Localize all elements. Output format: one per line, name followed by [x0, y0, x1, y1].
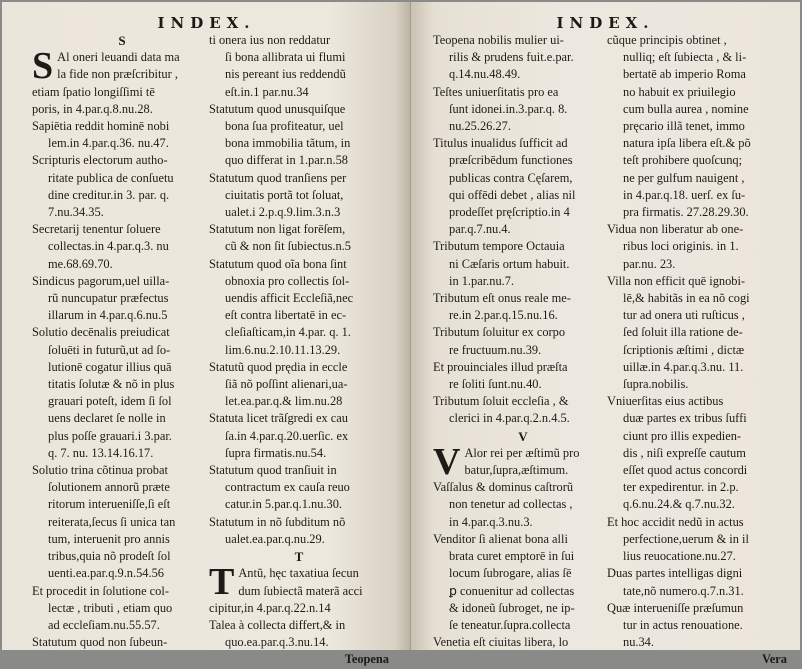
entry-line: illarum in 4.par.q.6.nu.5 [32, 307, 212, 324]
entry-dropcap-v: V Alor rei per æſtimũ probatur,ſupra,æſt… [433, 445, 613, 479]
entry-line: 7.nu.34.35. [32, 204, 212, 221]
index-entry: Villa non efficit quē ignobi-lē,& habitã… [607, 273, 787, 393]
entry-line: poris, in 4.par.q.8.nu.28. [32, 101, 212, 118]
entry-line: nu.25.26.27. [433, 118, 613, 135]
entry-line: Tributum ſoluitur ex corpo [433, 324, 613, 341]
entry-line: quo.ea.par.q.3.nu.14. [209, 634, 389, 651]
index-entry: Statutum non ligat forēſem,cũ & non ſit … [209, 221, 389, 255]
right-col-2: cũque principis obtinet ,nulliq; eſt ſub… [607, 32, 787, 654]
index-entry: Titulus inualidus ſufficit adpræſcribēdu… [433, 135, 613, 238]
entry-line: ad eccleſiam.nu.55.57. [32, 617, 212, 634]
entry-line: in 1.par.nu.7. [433, 273, 613, 290]
entry-dropcap-s: S Al oneri leuandi data mala fide non pr… [32, 49, 212, 118]
entry-line: let.ea.par.q.& lim.nu.28 [209, 393, 389, 410]
entry-line: Teopena nobilis mulier ui- [433, 32, 613, 49]
entry-line: prodeſſet pręſcriptio.in 4 [433, 204, 613, 221]
entry-line: Statutũ quod prędia in eccle [209, 359, 389, 376]
entry-line: ter expedirentur. in 2.p. [607, 479, 787, 496]
index-entry: Tributum tempore Octauiani Cæſaris ortum… [433, 238, 613, 290]
entry-line: nulliq; eſt ſubiecta , & li- [607, 49, 787, 66]
index-entry: Solutio trina cõtinua probatſolutionem a… [32, 462, 212, 582]
index-entry: Duas partes intelligas dignitate,nõ nume… [607, 565, 787, 599]
right-page: INDEX. Teopena nobilis mulier ui-rilis &… [411, 2, 800, 650]
index-entry: Statutum quod tranſiens perciuitatis por… [209, 170, 389, 222]
entry-line: Villa non efficit quē ignobi- [607, 273, 787, 290]
entry-line: Talea à collecta differt,& in [209, 617, 389, 634]
index-entry: Venditor ſi alienat bona allibrata curet… [433, 531, 613, 634]
entry-line: me.68.69.70. [32, 256, 212, 273]
left-col-2: ti onera ius non reddaturſi bona allibra… [209, 32, 389, 654]
entry-line: duæ partes ex tribus ſuffi [607, 410, 787, 427]
entry-line: contractum ex cauſa reuo [209, 479, 389, 496]
entry-line: pra firmatis. 27.28.29.30. [607, 204, 787, 221]
entry-line: brata curet emptorē in ſui [433, 548, 613, 565]
entry-line: re ſoliti ſunt.nu.40. [433, 376, 613, 393]
entry-line: locum ſubrogare, alias ſē [433, 565, 613, 582]
entry-line: Duas partes intelligas digni [607, 565, 787, 582]
entry-line: ni Cæſaris ortum habuit. [433, 256, 613, 273]
entry-line: ritorum interueniſſe,ſi eſt [32, 496, 212, 513]
entry-line: Statuta licet trãſgredi ex cau [209, 410, 389, 427]
entry-line: bona ſua profiteatur, uel [209, 118, 389, 135]
entry-line: bertatē ab imperio Roma [607, 66, 787, 83]
entry-line: ti onera ius non reddatur [209, 32, 389, 49]
index-entry: Et prouinciales illud præſtare ſoliti ſu… [433, 359, 613, 393]
entry-line: nis pereant ius reddendũ [209, 66, 389, 83]
entry-line: dum ſubiectã materã acci [209, 583, 389, 600]
entry-line: clerici in 4.par.q.2.n.4.5. [433, 410, 613, 427]
entry-line: cum bulla aurea , nomine [607, 101, 787, 118]
entry-line: in 4.par.q.18. uerſ. ex ſu- [607, 187, 787, 204]
entry-line: Statutum quod tranſiens per [209, 170, 389, 187]
entry-line: eſt contra libertatē in ec- [209, 307, 389, 324]
entry-line: cipitur,in 4.par.q.22.n.14 [209, 600, 389, 617]
entry-line: cleſiaſticam,in 4.par. q. 1. [209, 324, 389, 341]
entry-line: re.in 2.par.q.15.nu.16. [433, 307, 613, 324]
entry-line: grauari poteſt, idem ſi ſol [32, 393, 212, 410]
index-entry: Tributum ſoluitur ex corpore fructuum.nu… [433, 324, 613, 358]
index-entry: Vaſſalus & dominus caſtrorũnon tenetur a… [433, 479, 613, 531]
entry-line: Antũ, hęc taxatiua ſecun [209, 565, 389, 582]
dropcap-t: T [209, 567, 234, 597]
entry-line: reiterata,ſecus ſi unica tan [32, 514, 212, 531]
entry-line: ſunt idonei.in.3.par.q. 8. [433, 101, 613, 118]
entry-line: tum, interuenit pro annis [32, 531, 212, 548]
entry-dropcap-t: T Antũ, hęc taxatiua ſecundum ſubiectã m… [209, 565, 389, 617]
entry-line: lem.in 4.par.q.36. nu.47. [32, 135, 212, 152]
entry-line: uens declaret ſe nolle in [32, 410, 212, 427]
section-letter-v: V [433, 428, 613, 445]
entry-line: rilis & prudens fuit.e.par. [433, 49, 613, 66]
entry-line: titatis ſolutæ & nõ in plus [32, 376, 212, 393]
entry-line: cũ & non ſit ſubiectus.n.5 [209, 238, 389, 255]
entry-line: q. 7. nu. 13.14.16.17. [32, 445, 212, 462]
index-entry: Sapiētia reddit hominē nobilem.in 4.par.… [32, 118, 212, 152]
entry-line: Vidua non liberatur ab one- [607, 221, 787, 238]
entry-line: cũque principis obtinet , [607, 32, 787, 49]
entry-line: nu.34. [607, 634, 787, 651]
running-head-right: INDEX. [411, 14, 800, 32]
entry-line: Vniuerſitas eius actibus [607, 393, 787, 410]
entry-line: lius reuocatione.nu.27. [607, 548, 787, 565]
entry-line: ſoluēti in futurũ,ut ad ſo- [32, 342, 212, 359]
entry-line: Secretarij tenentur ſoluere [32, 221, 212, 238]
entry-line: lē,& habitãs in ea nõ cogi [607, 290, 787, 307]
entry-line: Al oneri leuandi data ma [32, 49, 212, 66]
entry-line: tate,nõ numero.q.7.n.31. [607, 583, 787, 600]
entry-line: Solutio decēnalis preiudicat [32, 324, 212, 341]
entry-line: ſiã nõ poſſint alienari,ua- [209, 376, 389, 393]
entry-line: Statutum quod unusquiſque [209, 101, 389, 118]
index-entry: ti onera ius non reddaturſi bona allibra… [209, 32, 389, 101]
right-col-1: Teopena nobilis mulier ui-rilis & pruden… [433, 32, 613, 651]
index-entry: Secretarij tenentur ſoluerecollectas.in … [32, 221, 212, 273]
index-entry: Venetia eſt ciuitas libera, lo [433, 634, 613, 651]
entry-line: ſolutionem annorũ præte [32, 479, 212, 496]
entry-line: ualet.i 2.p.q.9.lim.3.n.3 [209, 204, 389, 221]
entry-line: collectas.in 4.par.q.3. nu [32, 238, 212, 255]
entry-line: ſupra.nobilis. [607, 376, 787, 393]
entry-line: par.nu. 23. [607, 256, 787, 273]
index-entry: Tributum eſt onus reale me-re.in 2.par.q… [433, 290, 613, 324]
entry-line: Et hoc accidit nedũ in actus [607, 514, 787, 531]
index-entry: Solutio decēnalis preiudicatſoluēti in f… [32, 324, 212, 462]
entry-line: eſt.in.1 par.nu.34 [209, 84, 389, 101]
entry-line: ſe teneatur.ſupra.collecta [433, 617, 613, 634]
index-entry: Talea à collecta differt,& inquo.ea.par.… [209, 617, 389, 651]
entry-line: perfectione,uerum & in il [607, 531, 787, 548]
entry-line: Vaſſalus & dominus caſtrorũ [433, 479, 613, 496]
entry-line: bona immobilia tãtum, in [209, 135, 389, 152]
index-entry: Statutum in nõ ſubditum nõualet.ea.par.q… [209, 514, 389, 548]
entry-line: Tributum ſoluit eccleſia , & [433, 393, 613, 410]
entry-line: no habuit ex priuilegio [607, 84, 787, 101]
left-col-1: S S Al oneri leuandi data mala fide non … [32, 32, 212, 651]
entry-line: ritate publica de conſuetu [32, 170, 212, 187]
entry-line: tur in actus renouatione. [607, 617, 787, 634]
dropcap-v: V [433, 447, 460, 477]
entry-line: catur.in 5.par.q.1.nu.30. [209, 496, 389, 513]
entry-line: obnoxia pro collectis ſol- [209, 273, 389, 290]
left-page: INDEX. S S Al oneri leuandi data mala fi… [2, 2, 411, 650]
entry-line: la fide non præſcribitur , [32, 66, 212, 83]
section-letter-t: T [209, 548, 389, 565]
entry-line: pręcario illã tenet, immo [607, 118, 787, 135]
entry-line: publicas contra Cęſarem, [433, 170, 613, 187]
entry-line: Et procedit in ſolutione col- [32, 583, 212, 600]
entry-line: natura ipſa libera eſt.& põ [607, 135, 787, 152]
entry-line: lutionē cogatur illius quā [32, 359, 212, 376]
entry-line: ſupra firmatis.nu.54. [209, 445, 389, 462]
entry-line: Venetia eſt ciuitas libera, lo [433, 634, 613, 651]
running-head-left: INDEX. [2, 14, 411, 32]
entry-line: non tenetur ad collectas , [433, 496, 613, 513]
index-entry: Statutũ quod prędia in eccleſiã nõ poſſi… [209, 359, 389, 411]
entry-line: ſed ſoluit illa ratione de- [607, 324, 787, 341]
entry-line: quo differat in 1.par.n.58 [209, 152, 389, 169]
index-entry: Scripturis electorum autho-ritate public… [32, 152, 212, 221]
entry-line: uendis afficit Eccleſiã,nec [209, 290, 389, 307]
entry-line: Tributum eſt onus reale me- [433, 290, 613, 307]
entry-line: ciunt pro illis expedien- [607, 428, 787, 445]
index-entry: Teopena nobilis mulier ui-rilis & pruden… [433, 32, 613, 84]
book-spread: INDEX. S S Al oneri leuandi data mala fi… [2, 2, 800, 650]
entry-line: Statutum quod non ſubeun- [32, 634, 212, 651]
entry-line: qui offēdi debet , alias nil [433, 187, 613, 204]
entry-line: Statutum in nõ ſubditum nõ [209, 514, 389, 531]
index-entry: Et procedit in ſolutione col-lectæ , tri… [32, 583, 212, 635]
section-letter-s: S [32, 32, 212, 49]
entry-line: præſcribēdum functiones [433, 152, 613, 169]
entry-line: par.q.7.nu.4. [433, 221, 613, 238]
index-entry: Vniuerſitas eius actibusduæ partes ex tr… [607, 393, 787, 513]
entry-line: Sapiētia reddit hominē nobi [32, 118, 212, 135]
index-entry: Statuta licet trãſgredi ex cauſa.in 4.pa… [209, 410, 389, 462]
entry-line: etiam ſpatio longiſſimi tē [32, 84, 212, 101]
entry-line: Statutum quod tranſiuit in [209, 462, 389, 479]
index-entry: Teſtes uniuerſitatis pro eaſunt idonei.i… [433, 84, 613, 136]
index-entry: Statutum quod tranſiuit incontractum ex … [209, 462, 389, 514]
entry-line: q.6.nu.24.& q.7.nu.32. [607, 496, 787, 513]
entry-line: Statutum non ligat forēſem, [209, 221, 389, 238]
entry-line: ualet.ea.par.q.nu.29. [209, 531, 389, 548]
entry-line: Solutio trina cõtinua probat [32, 462, 212, 479]
entry-line: ſcriptionis æſtimi , dictæ [607, 342, 787, 359]
entry-line: Et prouinciales illud præſta [433, 359, 613, 376]
entry-line: ꝑ conuenitur ad collectas [433, 583, 613, 600]
entry-line: Statutum quod oĩa bona ſint [209, 256, 389, 273]
entry-line: dine creditur.in 3. par. q. [32, 187, 212, 204]
entry-line: Sindicus pagorum,uel uilla- [32, 273, 212, 290]
dropcap-s: S [32, 51, 53, 81]
entry-line: Venditor ſi alienat bona alli [433, 531, 613, 548]
index-entry: Tributum ſoluit eccleſia , &clerici in 4… [433, 393, 613, 427]
entry-line: lim.6.nu.2.10.11.13.29. [209, 342, 389, 359]
entry-line: uillæ.in 4.par.q.3.nu. 11. [607, 359, 787, 376]
entry-line: tribus,quia nõ prodeſt ſol [32, 548, 212, 565]
entry-line: ciuitatis portã tot ſoluat, [209, 187, 389, 204]
entry-line: in 4.par.q.3.nu.3. [433, 514, 613, 531]
entry-line: eſſet quod actus concordi [607, 462, 787, 479]
entry-line: Scripturis electorum autho- [32, 152, 212, 169]
index-entry: Statutum quod unusquiſquebona ſua profit… [209, 101, 389, 170]
entry-line: Titulus inualidus ſufficit ad [433, 135, 613, 152]
index-entry: Et hoc accidit nedũ in actusperfectione,… [607, 514, 787, 566]
index-entry: cũque principis obtinet ,nulliq; eſt ſub… [607, 32, 787, 221]
entry-line: re fructuum.nu.39. [433, 342, 613, 359]
index-entry: Quæ interueniſſe præſumuntur in actus re… [607, 600, 787, 652]
index-entry: Statutum quod non ſubeun- [32, 634, 212, 651]
entry-line: teſt prohibere quoſcunq; [607, 152, 787, 169]
entry-line: ſa.in 4.par.q.20.uerſic. ex [209, 428, 389, 445]
index-entry: Sindicus pagorum,uel uilla-rũ nuncupatur… [32, 273, 212, 325]
index-entry: Statutum quod oĩa bona ſintobnoxia pro c… [209, 256, 389, 359]
entry-line: rũ nuncupatur præfectus [32, 290, 212, 307]
entry-line: plus poſſe grauari.i 3.par. [32, 428, 212, 445]
entry-line: q.14.nu.48.49. [433, 66, 613, 83]
entry-line: Teſtes uniuerſitatis pro ea [433, 84, 613, 101]
entry-line: Quæ interueniſſe præſumun [607, 600, 787, 617]
entry-line: ribus loci originis. in 1. [607, 238, 787, 255]
entry-line: & idoneũ ſubroget, ne ip- [433, 600, 613, 617]
entry-line: uenti.ea.par.q.9.n.54.56 [32, 565, 212, 582]
entry-line: tur ad onera uti ruſticus , [607, 307, 787, 324]
entry-line: lectæ , tributi , etiam quo [32, 600, 212, 617]
entry-line: dis , niſi expreſſe cautum [607, 445, 787, 462]
entry-line: ne per gulfum nauigent , [607, 170, 787, 187]
entry-line: Tributum tempore Octauia [433, 238, 613, 255]
entry-line: ſi bona allibrata ui flumi [209, 49, 389, 66]
index-entry: Vidua non liberatur ab one-ribus loci or… [607, 221, 787, 273]
